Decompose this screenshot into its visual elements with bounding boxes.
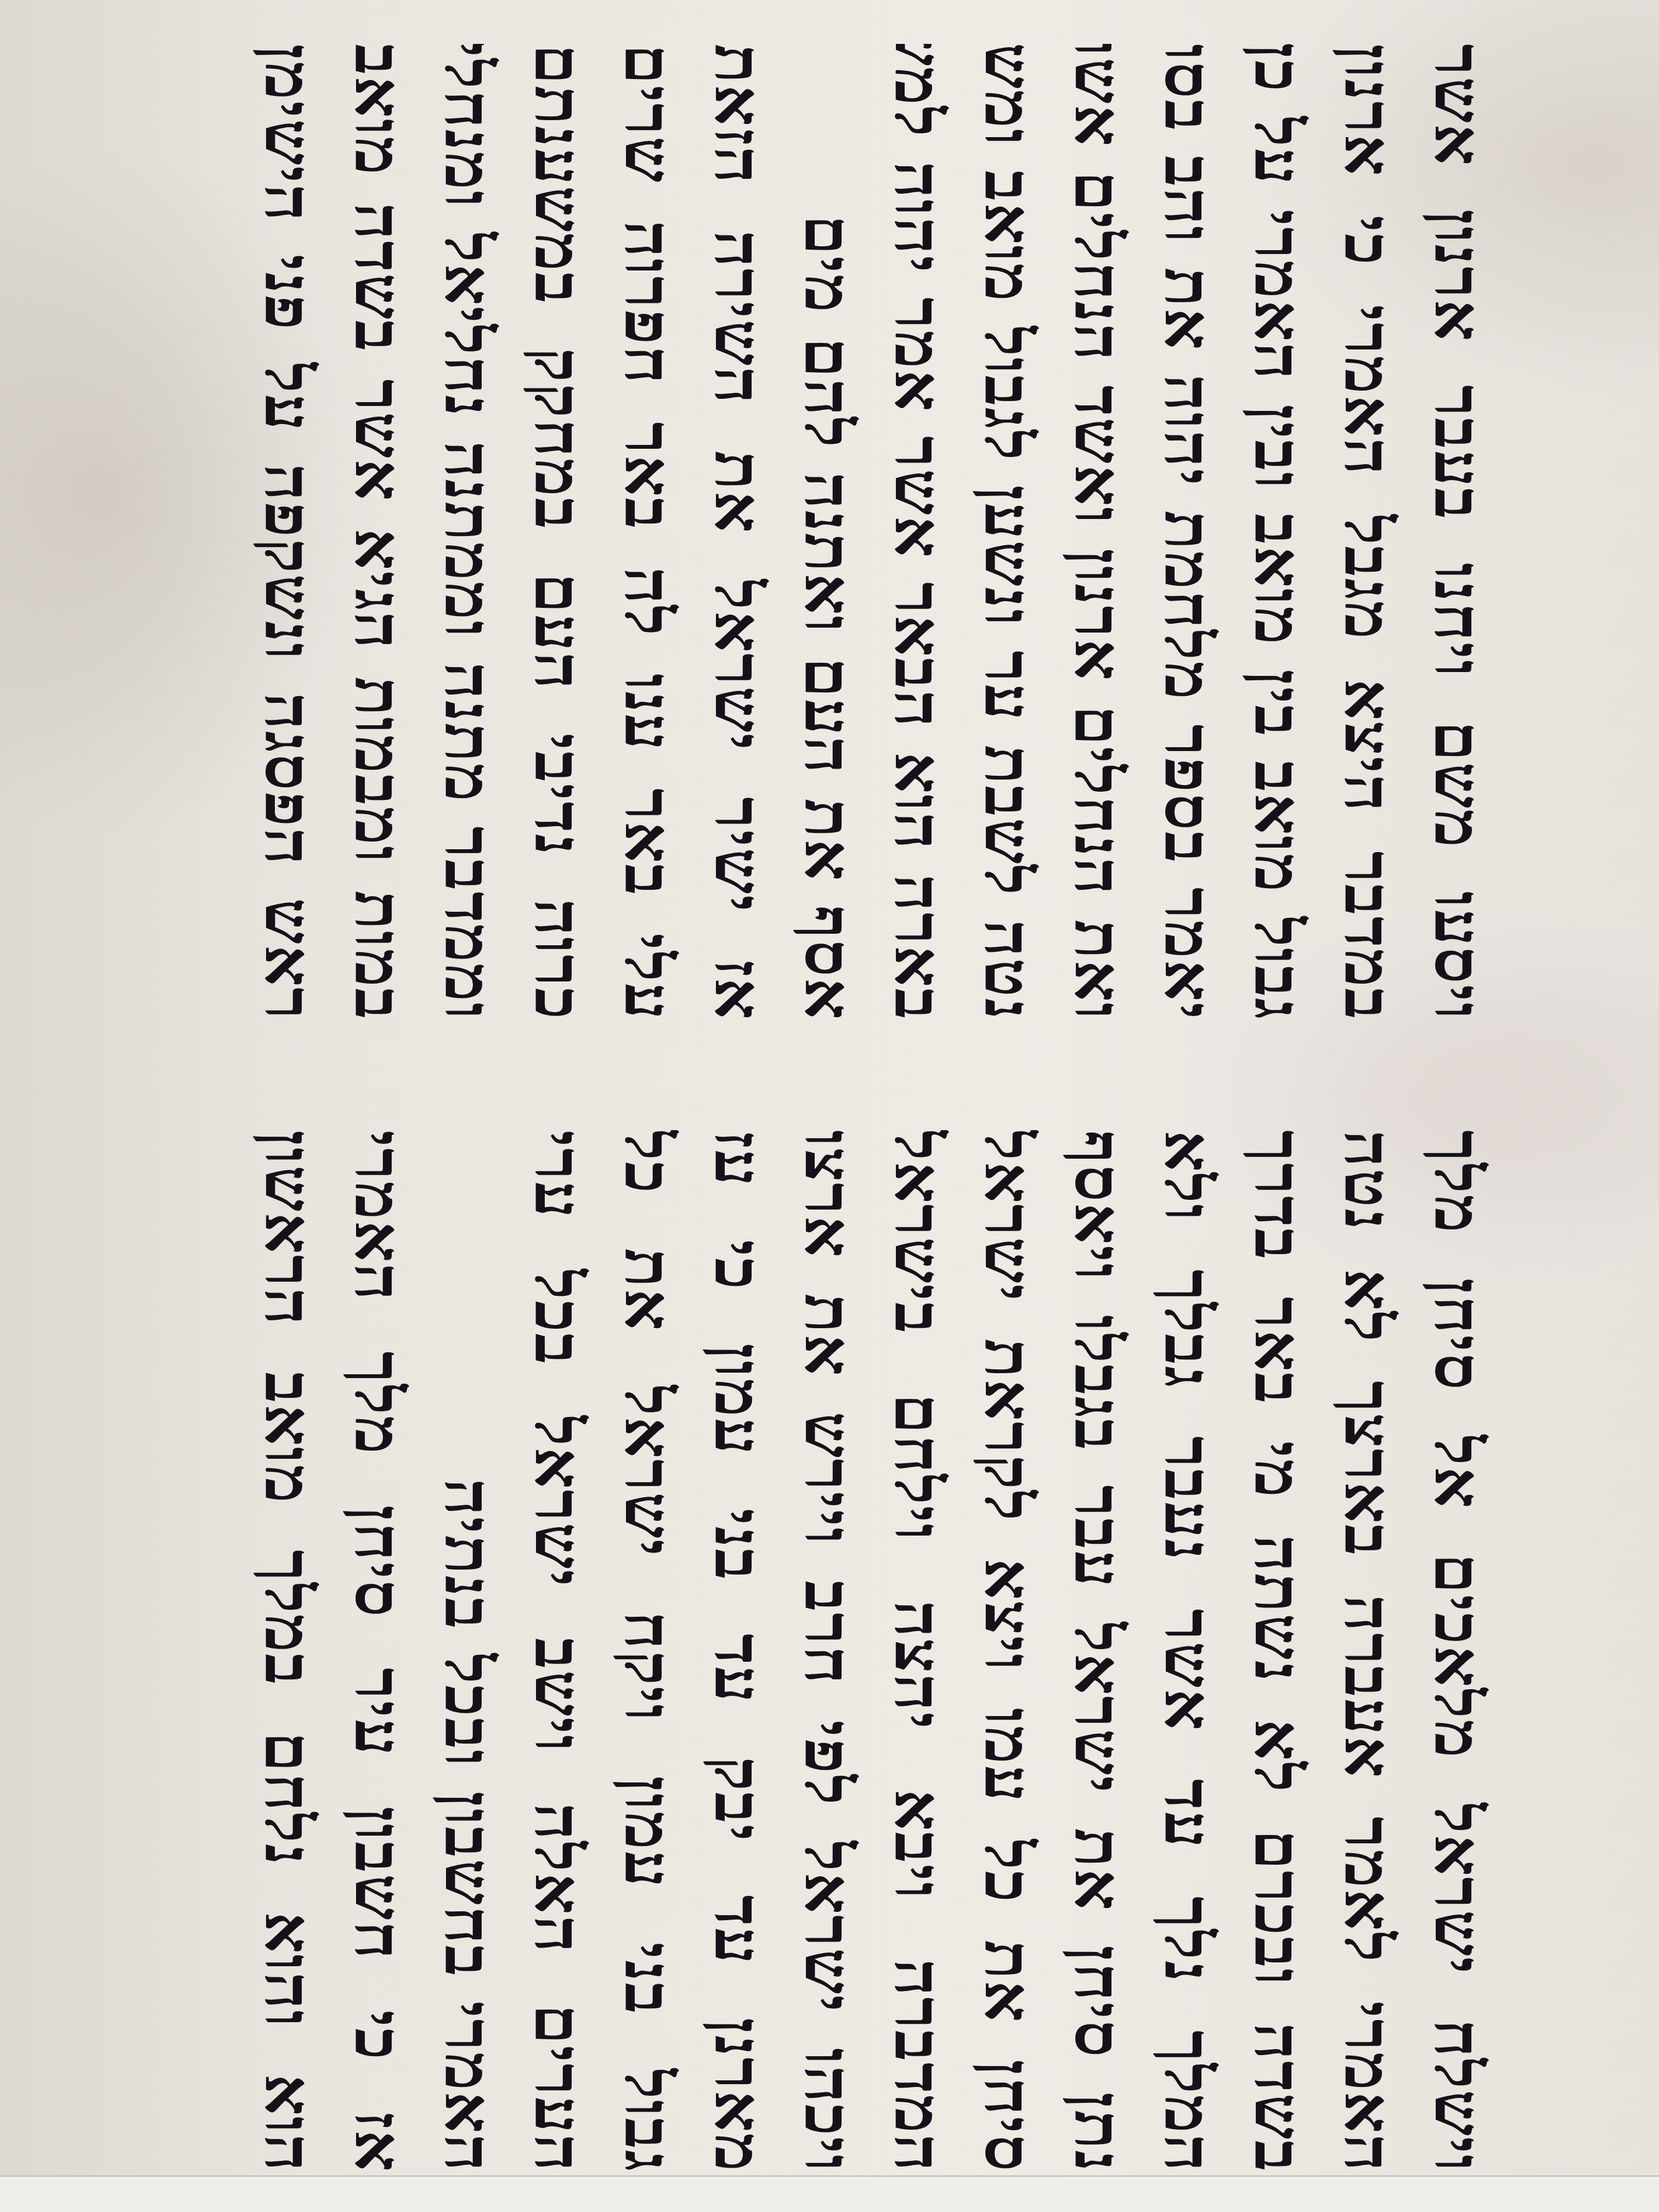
text-line: האמרי לאמר אעברה בארצך לא נטה (1323, 1130, 1413, 2172)
text-line: ואת הנחלים ארנון ואשד הנחלים אשר (1053, 44, 1143, 1020)
text-line: בשדה ובכרם לא נשתה מי באר בדרך (1233, 1130, 1323, 2172)
text-line: בארה הוא הבאר אשר אמר יהוה למשה (873, 44, 963, 1020)
text-line: אז ישיר ישראל את השירה הזאת (693, 44, 783, 1020)
text-line: סיחן את כל עמו ויצא לקראת ישראל (963, 1130, 1053, 2172)
text-line: האמרי בחשבון ובכל בנתיה (424, 1130, 513, 2172)
text-line: במדבר היצא מגבל האמרי כי ארנון (1323, 44, 1413, 1020)
text-line: אז כי חשבון עיר סיחן מלך האמרי (334, 1130, 424, 2172)
text-line: המדברה ויבא יהצה וילחם בישראל (873, 1130, 963, 2172)
text-line: כרוה נדיבי העם במחקק במשענתם (513, 44, 603, 1020)
text-line: אסף את העם ואתנה להם מים (783, 44, 873, 1020)
text-line: ויכהו ישראל לפי חרב ויירש את ארצו (783, 1130, 873, 2172)
text-line: ראש הפסגה ונשקפה על פני הישימן (244, 44, 334, 1020)
text-line: הוא והוא נלחם במלך מואב הראשון (244, 1130, 334, 2172)
parchment-bottom-edge (0, 2175, 1659, 2212)
text-line: יאמר בספר מלחמת יהוה את והב בסופה (1143, 44, 1233, 1020)
text-line: וישלח ישראל מלאכים אל סיחן מלך (1413, 1130, 1503, 2172)
text-line: עלי באר ענו לה באר חפרוה שרים (603, 44, 693, 1020)
text-line: המלך נלך עד אשר נעבר גבלך ולא (1143, 1130, 1233, 2172)
upper-text-column: ויסעו משם ויחנו בעבר ארנון אשר במדבר היצ… (219, 44, 1503, 1020)
text-line: במות ומבמות הגיא אשר בשדה מואב (334, 44, 424, 1020)
text-line: נתן סיחן את ישראל עבר בגבלו ויאסף (1053, 1130, 1143, 2172)
text-line: הערים האלה וישב ישראל בכל ערי (513, 1130, 603, 2172)
text-line: מארנן עד יבק עד בני עמון כי עז (693, 1130, 783, 2172)
text-line: נטה לשבת ער ונשען לגבול מואב ומשם (963, 44, 1053, 1020)
text-line: וממדבר מתנה וממתנה נחליאל ומנחליאל (424, 44, 513, 1020)
text-line: גבול בני עמון ויקח ישראל את כל (603, 1130, 693, 2172)
lower-text-column: וישלח ישראל מלאכים אל סיחן מלך האמרי לאמ… (219, 1130, 1503, 2172)
text-line: גבול מואב בין מואב ובין האמרי על כן (1233, 44, 1323, 1020)
text-line: ויסעו משם ויחנו בעבר ארנון אשר (1413, 44, 1503, 1020)
